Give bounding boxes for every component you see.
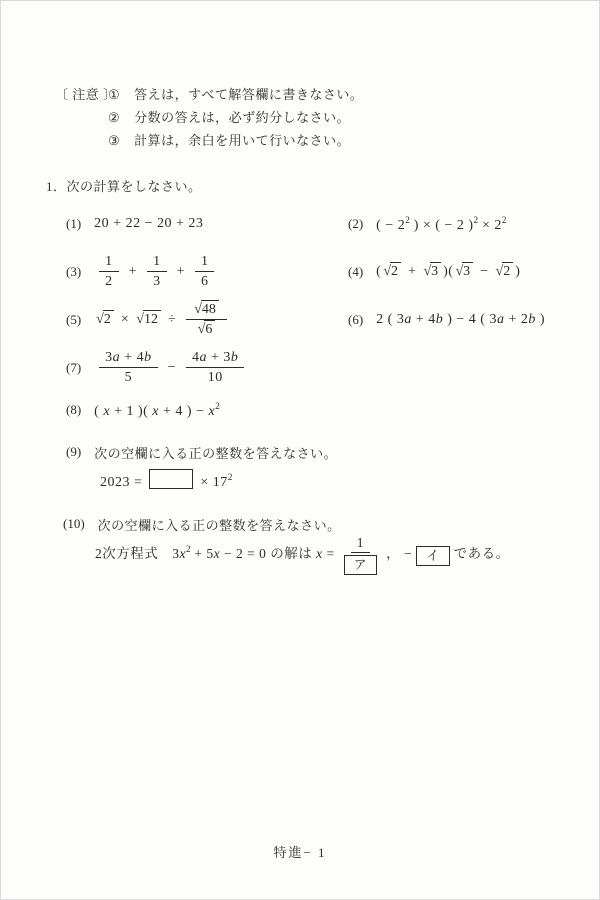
- problem-2: (2) ( − 22 ) × ( − 2 )2 × 22: [348, 214, 506, 234]
- radicand: 2: [103, 310, 114, 327]
- problem-2-expression: ( − 22 ) × ( − 2 )2 × 22: [376, 215, 506, 234]
- problem-9-label: (9): [66, 444, 81, 460]
- operator: +: [129, 264, 137, 279]
- operator: +: [408, 264, 416, 279]
- math-text: (: [94, 404, 103, 419]
- variable: b: [144, 350, 152, 365]
- math-text: ( − 2: [376, 218, 405, 233]
- page-footer: 特進− 1: [0, 842, 600, 861]
- math-text: である。: [454, 546, 510, 561]
- sqrt: √6: [198, 322, 216, 337]
- math-text: 2 ( 3: [376, 312, 404, 327]
- math-text: 3: [105, 350, 113, 365]
- fraction: 4a + 3b10: [186, 350, 244, 386]
- denominator: ア: [340, 553, 382, 575]
- radicand: 3: [430, 262, 441, 279]
- math-text: ) − 4 ( 3: [443, 312, 497, 327]
- answer-box: [149, 469, 193, 489]
- math-text: + 4 ) −: [159, 404, 208, 419]
- math-text: 2023 =: [100, 475, 142, 490]
- notice-item-2-text: 分数の答えは，必ず約分しなさい。: [134, 107, 350, 126]
- denominator: 5: [125, 368, 133, 386]
- problem-3-label: (3): [66, 264, 81, 280]
- math-text: =: [323, 546, 335, 561]
- fraction: √48√6: [186, 302, 227, 338]
- answer-box-i: イ: [416, 546, 450, 566]
- math-text: ) × ( − 2 ): [410, 218, 474, 233]
- radicand: 2: [502, 262, 513, 279]
- problem-9-equation: 2023 =× 172: [100, 467, 232, 493]
- fraction: 16: [195, 254, 215, 290]
- numerator: 4a + 3b: [186, 350, 244, 368]
- problem-7-expression: 3a + 4b5−4a + 3b10: [94, 350, 249, 386]
- sqrt: √3: [455, 264, 473, 279]
- math-text: 2次方程式 3: [95, 546, 180, 561]
- problem-1: (1) 20 + 22 − 20 + 23: [66, 214, 203, 234]
- notice-item-3-number: ③: [108, 133, 120, 149]
- sqrt: √2: [383, 264, 401, 279]
- denominator: √6: [196, 320, 218, 338]
- problem-2-label: (2): [348, 216, 363, 232]
- problem-9: (9) 次の空欄に入る正の整数を答えなさい。: [66, 442, 337, 462]
- exponent: 2: [228, 472, 233, 482]
- exponent: 2: [215, 401, 220, 411]
- problem-7-label: (7): [66, 360, 81, 376]
- problem-10-label: (10): [63, 516, 85, 532]
- problem-6: (6) 2 ( 3a + 4b ) − 4 ( 3a + 2b ): [348, 295, 545, 345]
- radicand: 12: [143, 310, 161, 327]
- operator: +: [177, 264, 185, 279]
- denominator: 6: [201, 272, 209, 290]
- problem-3: (3) 12+13+16: [66, 250, 219, 294]
- problem-9-text: 次の空欄に入る正の整数を答えなさい。: [94, 443, 337, 462]
- section-title: 1．次の計算をしなさい。: [46, 176, 202, 195]
- numerator: 1: [351, 535, 370, 553]
- math-text: )(: [443, 264, 453, 279]
- math-text: (: [376, 264, 381, 279]
- radicand: 48: [201, 300, 219, 317]
- fraction: 1ア: [340, 535, 382, 575]
- sqrt: √48: [194, 302, 219, 317]
- sqrt: √2: [496, 264, 514, 279]
- sqrt: √3: [423, 264, 441, 279]
- problem-10: (10) 次の空欄に入る正の整数を答えなさい。: [63, 514, 341, 534]
- radicand: 3: [462, 262, 473, 279]
- fraction: 12: [99, 254, 119, 290]
- math-text: 2023 =× 172: [100, 469, 232, 491]
- radicand: 2: [390, 262, 401, 279]
- numerator: 1: [99, 254, 119, 272]
- notice-item-1: ① 答えは，すべて解答欄に書きなさい。: [108, 84, 363, 103]
- variable: a: [404, 312, 412, 327]
- math-text: + 3: [207, 350, 231, 365]
- exam-page: 〔 注意 〕 ① 答えは，すべて解答欄に書きなさい。 ② 分数の答えは，必ず約分…: [0, 0, 600, 900]
- operator: −: [480, 264, 488, 279]
- problem-5: (5) √2×√12÷√48√6: [66, 295, 232, 345]
- fraction: 13: [147, 254, 167, 290]
- math-text: ): [515, 264, 520, 279]
- problem-5-expression: √2×√12÷√48√6: [94, 302, 232, 338]
- math-text: + 5: [191, 546, 214, 561]
- operator: −: [168, 360, 176, 375]
- problem-8-label: (8): [66, 402, 81, 418]
- math-text: ): [536, 312, 545, 327]
- numerator: 1: [147, 254, 167, 272]
- problem-8-expression: ( x + 1 )( x + 4 ) − x2: [94, 401, 220, 420]
- math-text: ， −: [386, 546, 412, 561]
- notice-item-1-number: ①: [108, 87, 120, 103]
- math-text: + 1 )(: [110, 404, 152, 419]
- math-text: × 2: [478, 218, 502, 233]
- radicand: 6: [204, 320, 215, 337]
- notice-item-1-text: 答えは，すべて解答欄に書きなさい。: [134, 84, 363, 103]
- numerator: √48: [186, 302, 227, 320]
- sqrt: √12: [136, 312, 161, 327]
- problem-10-equation: 2次方程式 3x2 + 5x − 2 = 0 の解は x =1ア， −イである。: [95, 534, 510, 576]
- problem-4-expression: (√2+√3)(√3−√2): [376, 264, 520, 280]
- problem-1-expression: 20 + 22 − 20 + 23: [94, 216, 203, 232]
- problem-7: (7) 3a + 4b5−4a + 3b10: [66, 344, 249, 392]
- notice-item-2-number: ②: [108, 110, 120, 126]
- math-text: 2次方程式 3x2 + 5x − 2 = 0 の解は x =1ア， −イである。: [95, 535, 510, 575]
- problem-6-label: (6): [348, 312, 363, 328]
- math-text: + 4: [412, 312, 436, 327]
- denominator: 10: [208, 368, 223, 386]
- math-text: 20 + 22 − 20 + 23: [94, 216, 203, 231]
- variable: a: [199, 350, 207, 365]
- answer-box-a: ア: [344, 555, 378, 575]
- denominator: 2: [105, 272, 113, 290]
- math-text: + 4: [120, 350, 144, 365]
- variable: b: [528, 312, 536, 327]
- fraction: 3a + 4b5: [99, 350, 157, 386]
- notice-item-2: ② 分数の答えは，必ず約分しなさい。: [108, 107, 350, 126]
- problem-6-expression: 2 ( 3a + 4b ) − 4 ( 3a + 2b ): [376, 312, 545, 328]
- notice-item-3-text: 計算は，余白を用いて行いなさい。: [134, 130, 350, 149]
- exponent: 2: [502, 215, 507, 225]
- math-text: × 17: [200, 475, 227, 490]
- problem-10-text: 次の空欄に入る正の整数を答えなさい。: [98, 515, 341, 534]
- variable: b: [231, 350, 239, 365]
- problem-1-label: (1): [66, 216, 81, 232]
- operator: ÷: [168, 312, 176, 327]
- math-text: − 2 = 0 の解は: [220, 546, 316, 561]
- numerator: 1: [195, 254, 215, 272]
- problem-4: (4) (√2+√3)(√3−√2): [348, 250, 520, 294]
- operator: ×: [121, 312, 129, 327]
- denominator: 3: [153, 272, 161, 290]
- notice-item-3: ③ 計算は，余白を用いて行いなさい。: [108, 130, 350, 149]
- numerator: 3a + 4b: [99, 350, 157, 368]
- problem-4-label: (4): [348, 264, 363, 280]
- problem-8: (8) ( x + 1 )( x + 4 ) − x2: [66, 398, 220, 422]
- variable: x: [152, 404, 159, 419]
- math-text: + 2: [504, 312, 528, 327]
- sqrt: √2: [96, 312, 114, 327]
- problem-3-expression: 12+13+16: [94, 254, 219, 290]
- problem-5-label: (5): [66, 312, 81, 328]
